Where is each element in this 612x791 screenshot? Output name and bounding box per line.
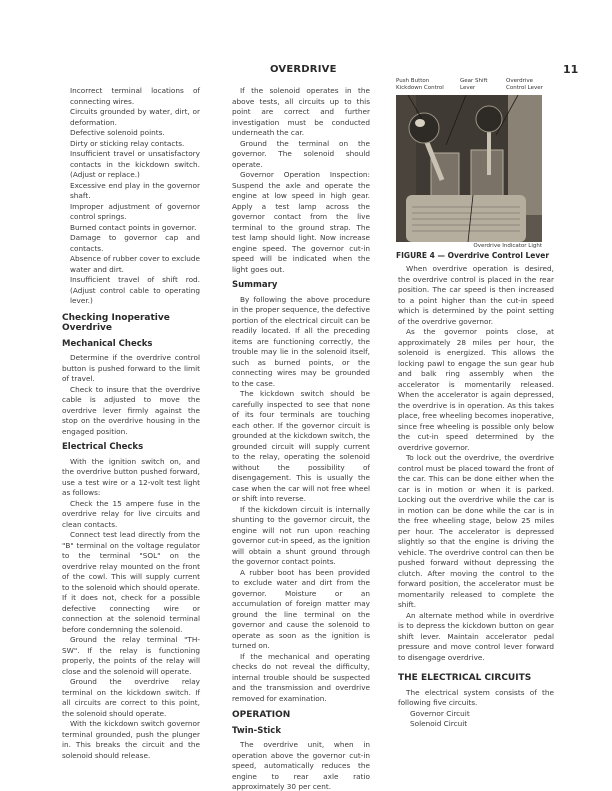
heading-twin-stick: Twin-Stick: [232, 726, 370, 737]
heading-electrical-circuits: THE ELECTRICAL CIRCUITS: [398, 673, 554, 684]
heading-electrical-checks: Electrical Checks: [62, 442, 200, 453]
paragraph: When overdrive operation is desired, the…: [398, 264, 554, 327]
paragraph: Governor Operation Inspection: Suspend t…: [232, 170, 370, 275]
list-item: Excessive end play in the governor shaft…: [70, 181, 200, 202]
column-2: If the solenoid operates in the above te…: [232, 86, 370, 791]
control-lever-photo: [396, 95, 542, 242]
list-item: Burned contact points in governor.: [70, 223, 200, 234]
figure-caption: FIGURE 4 — Overdrive Control Lever: [396, 251, 554, 260]
paragraph: The electrical system consists of the fo…: [398, 688, 554, 709]
label-gear-shift: Gear Shift Lever: [460, 78, 492, 91]
figure-4: Push Button Kickdown Control Gear Shift …: [396, 78, 554, 260]
figure-callout-labels: Push Button Kickdown Control Gear Shift …: [396, 78, 554, 95]
list-item: Improper adjustment of governor control …: [70, 202, 200, 223]
paragraph: To lock out the overdrive, the overdrive…: [398, 453, 554, 611]
circuit-item: Governor Circuit: [398, 709, 554, 720]
paragraph: With the ignition switch on, and the ove…: [62, 457, 200, 499]
list-item: Defective solenoid points.: [70, 128, 200, 139]
paragraph: With the kickdown switch governor termin…: [62, 719, 200, 761]
paragraph: Connect test lead directly from the "B" …: [62, 530, 200, 635]
list-item: Circuits grounded by water, dirt, or def…: [70, 107, 200, 128]
paragraph: The kickdown switch should be carefully …: [232, 389, 370, 505]
list-item: Insufficient travel of shift rod. (Adjus…: [70, 275, 200, 307]
paragraph: If the kickdown circuit is internally sh…: [232, 505, 370, 568]
heading-summary: Summary: [232, 280, 370, 291]
paragraph: If the mechanical and operating checks d…: [232, 652, 370, 705]
column-3: When overdrive operation is desired, the…: [398, 264, 554, 730]
paragraph: By following the above procedure in the …: [232, 295, 370, 390]
paragraph: Determine if the overdrive control butto…: [62, 353, 200, 385]
paragraph: Check the 15 ampere fuse in the overdriv…: [62, 499, 200, 531]
paragraph: If the solenoid operates in the above te…: [232, 86, 370, 139]
list-item: Insufficient travel or unsatisfactory co…: [70, 149, 200, 181]
photo-illustration: [396, 95, 542, 242]
paragraph: Ground the overdrive relay terminal on t…: [62, 677, 200, 719]
list-item: Absence of rubber cover to exclude water…: [70, 254, 200, 275]
page-title: OVERDRIVE: [270, 64, 337, 75]
heading-mechanical-checks: Mechanical Checks: [62, 339, 200, 350]
paragraph: As the governor points close, at approxi…: [398, 327, 554, 453]
paragraph: Ground the terminal on the governor. The…: [232, 139, 370, 171]
page-number: 11: [563, 63, 578, 76]
paragraph: A rubber boot has been provided to exclu…: [232, 568, 370, 652]
heading-checking-inoperative: Checking Inoperative Overdrive: [62, 313, 200, 334]
label-overdrive-lever: Overdrive Control Lever: [506, 78, 548, 91]
paragraph: An alternate method while in overdrive i…: [398, 611, 554, 664]
list-item: Dirty or sticking relay contacts.: [70, 139, 200, 150]
paragraph: The overdrive unit, when in operation ab…: [232, 740, 370, 791]
paragraph: Check to insure that the overdrive cable…: [62, 385, 200, 438]
column-1: Incorrect terminal locations of connecti…: [62, 86, 200, 761]
label-push-button: Push Button Kickdown Control: [396, 78, 444, 91]
heading-operation: OPERATION: [232, 710, 370, 721]
list-item: Incorrect terminal locations of connecti…: [70, 86, 200, 107]
paragraph: Ground the relay terminal "TH-SW". If th…: [62, 635, 200, 677]
list-item: Damage to governor cap and contacts.: [70, 233, 200, 254]
circuit-item: Solenoid Circuit: [398, 719, 554, 730]
label-indicator-light: Overdrive Indicator Light: [396, 243, 542, 249]
